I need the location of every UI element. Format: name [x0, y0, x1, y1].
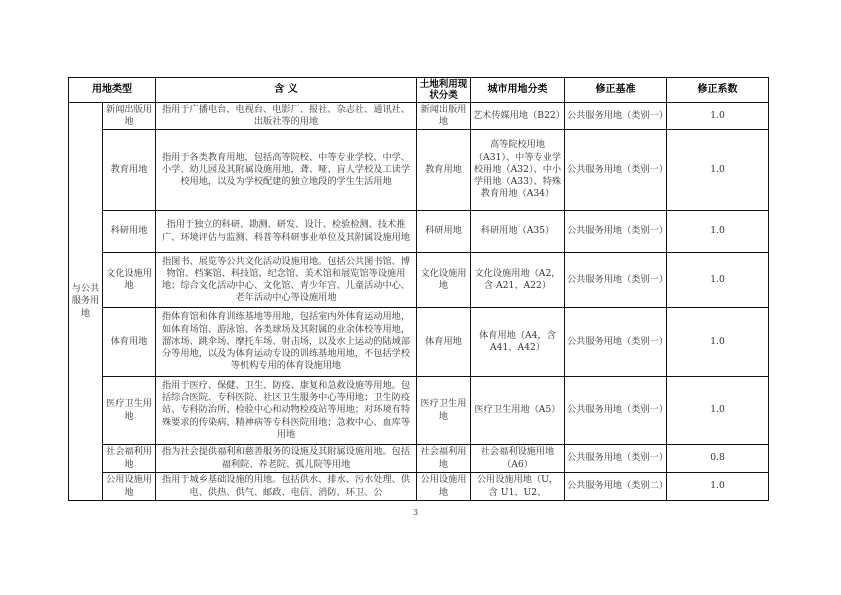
cell-type: 社会福利用地 [103, 445, 156, 473]
cell-standard: 公共服务用地（类别一） [565, 445, 667, 473]
document-page: 用地类型 含 义 土地利用现状分类 城市用地分类 修正基准 修正系数 与公共服务… [0, 0, 841, 595]
cell-urban-class: 社会福利设施用地（A6） [471, 445, 565, 473]
table-row: 教育用地 指用于各类教育用地，包括高等院校、中等专业学校、中学、小学、幼儿园及其… [69, 130, 769, 211]
cell-coefficient: 1.0 [667, 473, 769, 501]
table-row: 医疗卫生用地 指用于医疗、保健、卫生、防疫、康复和急救设施等用地。包括综合医院、… [69, 377, 769, 445]
cell-standard: 公共服务用地（类别一） [565, 253, 667, 308]
cell-current-use: 社会福利用地 [417, 445, 471, 473]
group-label: 与公共服务用地 [69, 103, 103, 501]
cell-definition: 指图书、展览等公共文化活动设施用地。包括公共图书馆、博物馆、档案馆、科技馆、纪念… [156, 253, 417, 308]
table-row: 与公共服务用地 新闻出版用地 指用于广播电台、电视台、电影厂、报社、杂志社、通讯… [69, 103, 769, 130]
cell-current-use: 公用设施用地 [417, 473, 471, 501]
table-row: 科研用地 指用于独立的科研、勘测、研发、设计、检验检测、技术推广、环境评估与监测… [69, 211, 769, 253]
cell-definition: 指用于广播电台、电视台、电影厂、报社、杂志社、通讯社、出版社等的用地 [156, 103, 417, 130]
cell-definition: 指用于独立的科研、勘测、研发、设计、检验检测、技术推广、环境评估与监测、科普等科… [156, 211, 417, 253]
cell-standard: 公共服务用地（类别一） [565, 377, 667, 445]
cell-urban-class: 科研用地（A35） [471, 211, 565, 253]
cell-coefficient: 1.0 [667, 130, 769, 211]
table-header-row: 用地类型 含 义 土地利用现状分类 城市用地分类 修正基准 修正系数 [69, 78, 769, 103]
cell-current-use: 体育用地 [417, 308, 471, 377]
cell-urban-class: 高等院校用地（A31）、中等专业学校用地（A32）、中小学用地（A33）、特殊教… [471, 130, 565, 211]
cell-definition: 指体育馆和体育训练基地等用地，包括室内外体育运动用地，如体育场馆、游泳馆、各类球… [156, 308, 417, 377]
cell-type: 医疗卫生用地 [103, 377, 156, 445]
header-definition: 含 义 [156, 78, 417, 103]
cell-urban-class: 文化设施用地（A2，含 A21、A22） [471, 253, 565, 308]
cell-current-use: 医疗卫生用地 [417, 377, 471, 445]
header-standard: 修正基准 [565, 78, 667, 103]
cell-standard: 公共服务用地（类别一） [565, 211, 667, 253]
cell-standard: 公共服务用地（类别一） [565, 130, 667, 211]
cell-definition: 指为社会提供福利和慈善服务的设施及其附属设施用地。包括福利院、养老院、孤儿院等用… [156, 445, 417, 473]
cell-type: 科研用地 [103, 211, 156, 253]
cell-coefficient: 1.0 [667, 377, 769, 445]
cell-definition: 指用于城乡基础设施的用地。包括供水、排水、污水处理、供电、供热、供气、邮政、电信… [156, 473, 417, 501]
cell-urban-class: 公用设施用地（U，含 U1、U2、 [471, 473, 565, 501]
table-row: 体育用地 指体育馆和体育训练基地等用地，包括室内外体育运动用地，如体育场馆、游泳… [69, 308, 769, 377]
cell-coefficient: 0.8 [667, 445, 769, 473]
cell-standard: 公共服务用地（类别二） [565, 473, 667, 501]
cell-coefficient: 1.0 [667, 103, 769, 130]
header-urban-class: 城市用地分类 [471, 78, 565, 103]
cell-definition: 指用于医疗、保健、卫生、防疫、康复和急救设施等用地。包括综合医院、专科医院、社区… [156, 377, 417, 445]
cell-current-use: 新闻出版用地 [417, 103, 471, 130]
cell-type: 教育用地 [103, 130, 156, 211]
header-land-type: 用地类型 [69, 78, 156, 103]
cell-type: 文化设施用地 [103, 253, 156, 308]
cell-standard: 公共服务用地（类别一） [565, 103, 667, 130]
table-row: 社会福利用地 指为社会提供福利和慈善服务的设施及其附属设施用地。包括福利院、养老… [69, 445, 769, 473]
cell-coefficient: 1.0 [667, 253, 769, 308]
cell-definition: 指用于各类教育用地，包括高等院校、中等专业学校、中学、小学、幼儿园及其附属设施用… [156, 130, 417, 211]
page-number: 3 [413, 508, 418, 517]
header-current-use: 土地利用现状分类 [417, 78, 471, 103]
table-row: 公用设施用地 指用于城乡基础设施的用地。包括供水、排水、污水处理、供电、供热、供… [69, 473, 769, 501]
table-row: 文化设施用地 指图书、展览等公共文化活动设施用地。包括公共图书馆、博物馆、档案馆… [69, 253, 769, 308]
cell-urban-class: 医疗卫生用地（A5） [471, 377, 565, 445]
cell-type: 公用设施用地 [103, 473, 156, 501]
cell-current-use: 科研用地 [417, 211, 471, 253]
header-coefficient: 修正系数 [667, 78, 769, 103]
cell-standard: 公共服务用地（类别一） [565, 308, 667, 377]
cell-coefficient: 1.0 [667, 211, 769, 253]
cell-urban-class: 艺术传媒用地（B22） [471, 103, 565, 130]
cell-coefficient: 1.0 [667, 308, 769, 377]
cell-type: 体育用地 [103, 308, 156, 377]
cell-urban-class: 体育用地（A4，含 A41、A42） [471, 308, 565, 377]
cell-current-use: 文化设施用地 [417, 253, 471, 308]
cell-current-use: 教育用地 [417, 130, 471, 211]
cell-type: 新闻出版用地 [103, 103, 156, 130]
land-use-correction-table: 用地类型 含 义 土地利用现状分类 城市用地分类 修正基准 修正系数 与公共服务… [68, 77, 769, 501]
